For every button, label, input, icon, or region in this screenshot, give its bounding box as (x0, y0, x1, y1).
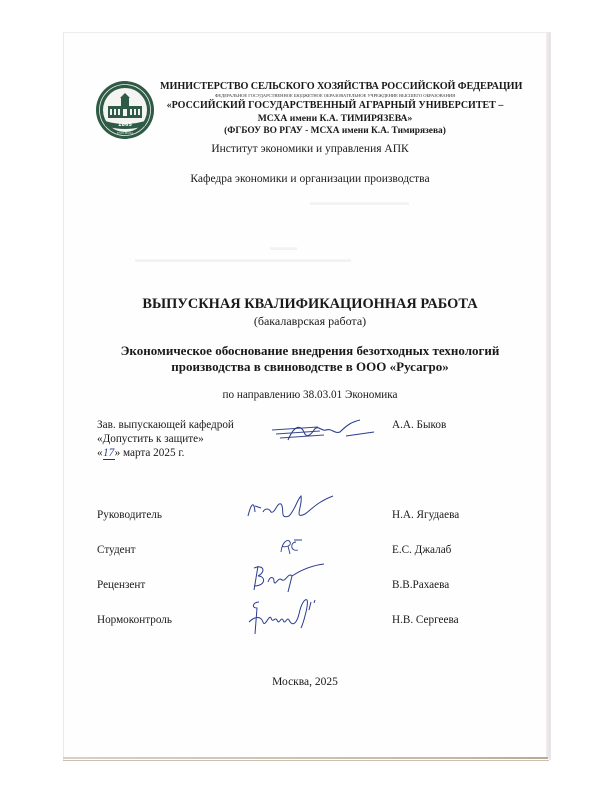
thesis-topic-line2: производства в свиноводстве в ООО «Русаг… (90, 359, 530, 375)
name-supervisor: Н.А. Ягудаева (392, 509, 459, 521)
sheet-bottom-edge (63, 757, 548, 759)
approval-head-name: А.А. Быков (392, 419, 446, 431)
bleed-through: ▬▬▬▬▬▬▬▬▬▬▬▬▬▬▬▬▬▬▬▬▬▬▬▬ (135, 254, 351, 264)
department-name: Кафедра экономики и организации производ… (150, 173, 470, 185)
bleed-through: ▬▬▬▬▬▬▬▬▬▬▬ (310, 197, 409, 207)
approval-date-day: 17 (103, 447, 115, 460)
name-student: Е.С. Джалаб (392, 544, 451, 556)
work-type-title: ВЫПУСКНАЯ КВАЛИФИКАЦИОННАЯ РАБОТА (100, 296, 520, 313)
name-normcontrol: Н.В. Сергеева (392, 614, 459, 626)
approval-admit-label: «Допустить к защите» (97, 433, 204, 445)
university-logo-icon: 1865 РГАУ-МСХА (94, 79, 156, 141)
name-reviewer: В.В.Рахаева (392, 579, 449, 591)
approval-head-label: Зав. выпускающей кафедрой (97, 419, 234, 431)
work-subtype: (бакалаврская работа) (100, 314, 520, 329)
sheet-edge-shadow (546, 32, 550, 758)
role-student: Студент (97, 544, 135, 556)
svg-text:1865: 1865 (118, 122, 132, 128)
signature-reviewer-icon (248, 562, 328, 594)
thesis-topic-line1: Экономическое обоснование внедрения безо… (90, 343, 530, 359)
ministry-title: МИНИСТЕРСТВО СЕЛЬСКОГО ХОЗЯЙСТВА РОССИЙС… (160, 81, 510, 92)
role-supervisor: Руководитель (97, 509, 162, 521)
city-year: Москва, 2025 (230, 676, 380, 688)
signature-supervisor-icon (245, 492, 335, 522)
approval-date: «17» марта 2025 г. (97, 447, 184, 460)
university-name: «РОССИЙСКИЙ ГОСУДАРСТВЕННЫЙ АГРАРНЫЙ УНИ… (160, 100, 510, 111)
institute-name: Институт экономики и управления АПК (150, 143, 470, 155)
bleed-through: ▬▬▬ (270, 242, 297, 252)
role-reviewer: Рецензент (97, 579, 145, 591)
federal-institution-line: ФЕДЕРАЛЬНОЕ ГОСУДАРСТВЕННОЕ БЮДЖЕТНОЕ ОБ… (160, 93, 510, 98)
signature-head-icon (270, 418, 380, 448)
role-normcontrol: Нормоконтроль (97, 614, 172, 626)
university-abbreviation: (ФГБОУ ВО РГАУ - МСХА имени К.А. Тимиряз… (160, 126, 510, 136)
svg-text:РГАУ-МСХА: РГАУ-МСХА (117, 131, 133, 135)
study-direction: по направлению 38.03.01 Экономика (100, 389, 520, 401)
university-name-line2: МСХА имени К.А. ТИМИРЯЗЕВА» (160, 113, 510, 124)
signature-normcontrol-icon (245, 594, 335, 638)
signature-student-icon (278, 536, 306, 556)
